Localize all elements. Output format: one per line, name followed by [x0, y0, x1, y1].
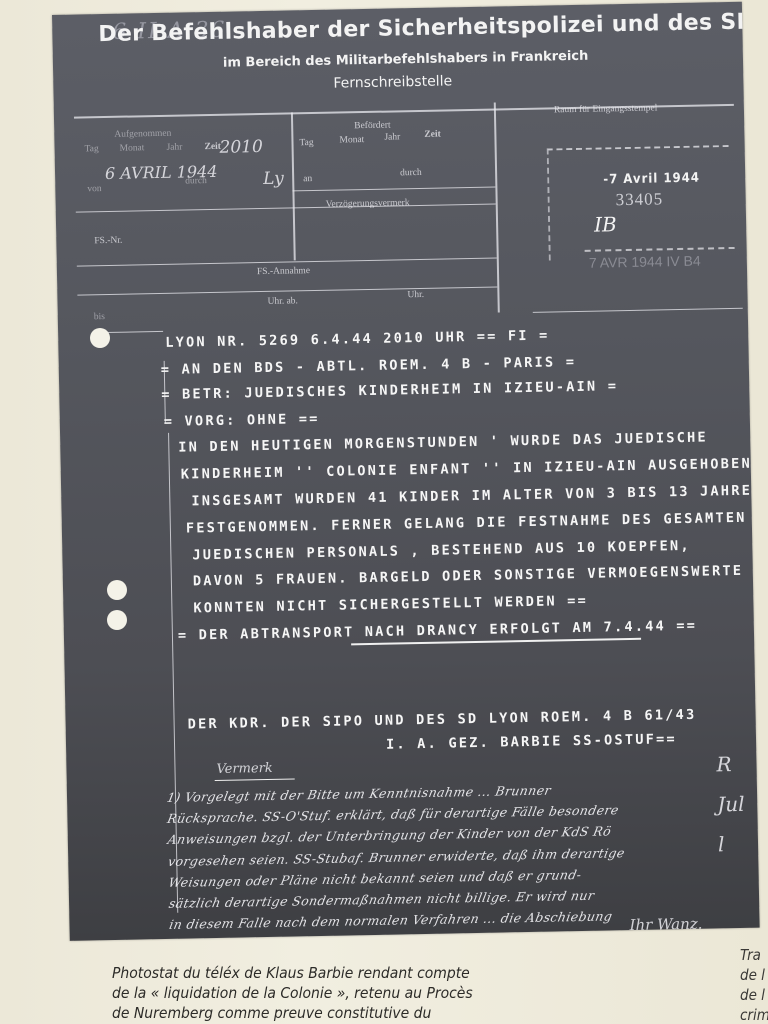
punch-hole [107, 610, 127, 630]
form-label-fs-nr: FS.-Nr. [94, 236, 122, 247]
form-label-jahr: Jahr [166, 143, 182, 153]
document-department: Fernschreibstelle [333, 73, 452, 91]
form-rule [76, 204, 496, 213]
telex-line: INSGESAMT WURDEN 41 KINDER IM ALTER VON … [191, 482, 759, 509]
caption-line: de la « liquidation de la Colonie », ret… [112, 983, 632, 1003]
form-label-jahr: Jahr [384, 132, 400, 142]
caption-line: Tra [740, 945, 768, 965]
caption-line: crim [740, 1005, 768, 1024]
form-label-zeit: Zeit [424, 130, 441, 140]
telex-line: JUEDISCHEN PERSONALS , BESTEHEND AUS 10 … [192, 538, 691, 564]
stamp-date: -7 Avril 1944 [603, 171, 700, 188]
form-label-uhr-ab: Uhr. ab. [267, 296, 298, 307]
handwritten-signature: Ihr Wanz. [629, 915, 702, 934]
telex-line: = VORG: OHNE == [164, 411, 320, 430]
adjacent-caption-fragment: Tra de l de l crim [740, 945, 768, 1024]
received-time: 2010 [219, 137, 263, 158]
telex-line: KINDERHEIM '' COLONIE ENFANT '' IN IZIEU… [181, 455, 760, 482]
form-label-bis: bis [94, 312, 105, 322]
form-label-von: von [87, 184, 101, 194]
form-rule [77, 258, 497, 267]
telex-line: = AN DEN BDS - ABTL. ROEM. 4 B - PARIS = [161, 354, 577, 378]
stamp-initials: IB [594, 212, 617, 236]
exhibit-caption: Photostat du téléx de Klaus Barbie renda… [112, 963, 632, 1023]
telex-line: = BETR: JUEDISCHES KINDERHEIM IN IZIEU-A… [161, 378, 618, 403]
form-label-monat: Monat [339, 135, 364, 145]
form-label-an: an [303, 174, 312, 184]
telex-line: FESTGENOMMEN. FERNER GELANG DIE FESTNAHM… [186, 510, 747, 537]
telex-line: IN DEN HEUTIGEN MORGENSTUNDEN ' WURDE DA… [178, 429, 708, 455]
form-label-durch: durch [400, 168, 422, 178]
caption-line: de l [740, 965, 768, 985]
form-label-befoerdert: Befördert [354, 121, 391, 132]
form-label-monat: Monat [119, 143, 144, 153]
form-label-verzoegerungsvermerk: Verzögerungsvermerk [326, 198, 410, 210]
caption-line: Photostat du téléx de Klaus Barbie renda… [112, 963, 632, 983]
caption-line: de Nuremberg comme preuve constitutive d… [112, 1003, 632, 1023]
form-label-tag: Tag [84, 144, 98, 154]
form-label-durch: durch [185, 176, 207, 186]
form-rule [292, 187, 495, 192]
punch-hole [107, 580, 127, 600]
form-label-aufgenommen: Aufgenommen [114, 129, 171, 140]
punch-hole [90, 328, 110, 348]
form-label-fs-annahme: FS.-Annahme [257, 266, 310, 277]
stamp-number: 33405 [615, 189, 663, 210]
document-subtitle: im Bereich des Militarbefehlshabers in F… [223, 49, 589, 71]
telex-line: LYON NR. 5269 6.4.44 2010 UHR == FI = [165, 328, 549, 351]
form-label-uhr: Uhr. [407, 290, 424, 300]
telex-photostat: 6 II A 36 Der Befehlshaber der Sicherhei… [52, 2, 760, 941]
form-label-tag: Tag [299, 138, 313, 148]
stamp-area-label: Raum für Eingangsstempel [554, 103, 658, 115]
margin-notes: R Jul l [716, 744, 746, 865]
signature-line: I. A. GEZ. BARBIE SS-OSTUF== [386, 731, 677, 753]
document-title: Der Befehlshaber der Sicherheitspolizei … [98, 10, 755, 48]
form-rule [533, 308, 743, 313]
form-rule [291, 112, 295, 260]
margin-note: l [718, 824, 746, 865]
heading-underline [215, 778, 295, 781]
telex-line: DAVON 5 FRAUEN. BARGELD ODER SONSTIGE VE… [193, 563, 744, 590]
form-rule [77, 287, 497, 296]
handwritten-heading: Vermerk [216, 761, 272, 777]
stamp-faint-line: 7 AVR 1944 IV B4 [589, 253, 701, 271]
form-rule [494, 103, 500, 313]
received-by: Ly [263, 169, 284, 189]
signature-line: DER KDR. DER SIPO UND DES SD LYON ROEM. … [187, 707, 696, 733]
margin-note: Jul [717, 784, 745, 825]
telex-line: KONNTEN NICHT SICHERGESTELLT WERDEN == [193, 593, 588, 617]
margin-note: R [716, 744, 744, 785]
caption-line: de l [740, 985, 768, 1005]
